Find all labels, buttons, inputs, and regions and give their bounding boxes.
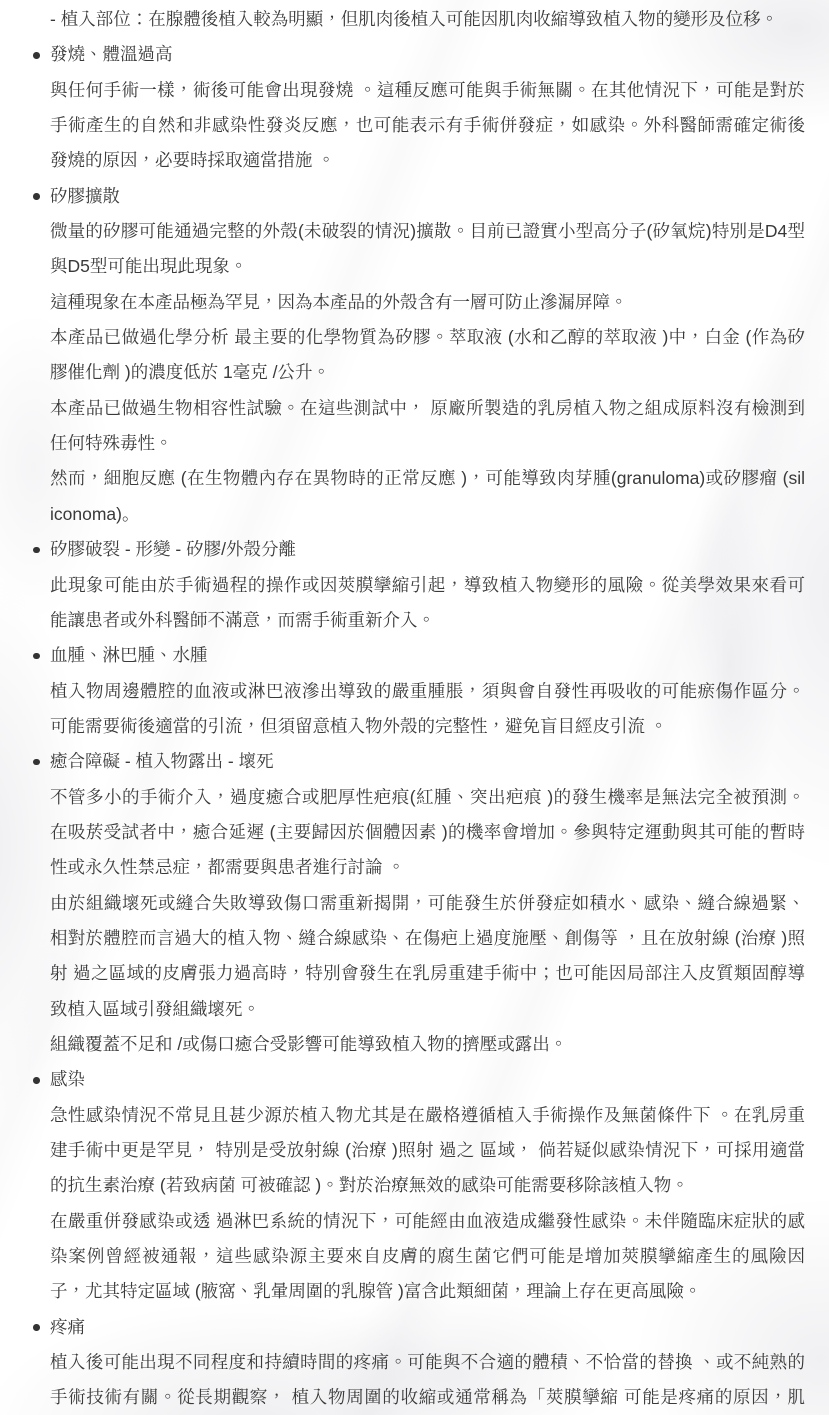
paragraph-line: 本產品已做過生物相容性試驗。在這些測試中， 原廠所製造的乳房植入物之組成原料沒有…	[50, 391, 805, 426]
text-line: 發燒的原因，必要時採取適當措施 。	[0, 143, 829, 178]
text-line: 建手術中更是罕見， 特別是受放射線 (治療 )照射 過之 區域， 倘若疑似感染情…	[0, 1133, 829, 1168]
paragraph-line: 子，尤其特定區域 (腋窩、乳暈周圍的乳腺管 )富含此類細菌，理論上存在更高風險。	[50, 1274, 805, 1309]
bullet-title: 矽膠擴散	[50, 179, 805, 214]
text-line: 這種現象在本產品極為罕見，因為本產品的外殼含有一層可防止滲漏屏障。	[0, 285, 829, 320]
text-line: 此現象可能由於手術過程的操作或因莢膜攣縮引起，導致植入物變形的風險。從美學效果來…	[0, 568, 829, 603]
bullet-title: 感染	[50, 1062, 805, 1097]
paragraph-line: 組織覆蓋不足和 /或傷口癒合受影響可能導致植入物的擠壓或露出。	[50, 1027, 805, 1062]
paragraph-line: 與任何手術一樣，術後可能會出現發燒 。這種反應可能與手術無關。在其他情況下，可能…	[50, 73, 805, 108]
text-line: 能讓患者或外科醫師不滿意，而需手術重新介入。	[0, 603, 829, 638]
paragraph-line: 發燒的原因，必要時採取適當措施 。	[50, 143, 805, 178]
bullet-item: 發燒、體溫過高	[0, 37, 829, 72]
text-line: 本產品已做過化學分析 最主要的化學物質為矽膠。萃取液 (水和乙醇的萃取液 )中，…	[0, 320, 829, 355]
bullet-item: 血腫、淋巴腫、水腫	[0, 638, 829, 673]
bullet-item: 癒合障礙 - 植入物露出 - 壞死	[0, 744, 829, 779]
paragraph-line: 染案例曾經被通報，這些感染源主要來自皮膚的腐生菌它們可能是增加莢膜攣縮產生的風險…	[50, 1239, 805, 1274]
paragraph-line: - 植入部位：在腺體後植入較為明顯，但肌肉後植入可能因肌肉收縮導致植入物的變形及…	[50, 2, 805, 37]
text-line: 膠催化劑 )的濃度低於 1毫克 /公升。	[0, 355, 829, 390]
paragraph-line: 相對於體腔而言過大的植入物、縫合線感染、在傷疤上過度施壓、創傷等 ，且在放射線 …	[50, 921, 805, 956]
paragraph-line: 微量的矽膠可能通過完整的外殼(未破裂的情況)擴散。目前已證實小型高分子(矽氧烷)…	[50, 214, 805, 249]
paragraph-line: 建手術中更是罕見， 特別是受放射線 (治療 )照射 過之 區域， 倘若疑似感染情…	[50, 1133, 805, 1168]
bullet-item: 感染	[0, 1062, 829, 1097]
paragraph-line: 由於組織壞死或縫合失敗導致傷口需重新揭開，可能發生於併發症如積水、感染、縫合線過…	[50, 886, 805, 921]
text-line: 微量的矽膠可能通過完整的外殼(未破裂的情況)擴散。目前已證實小型高分子(矽氧烷)…	[0, 214, 829, 249]
text-line: 手術產生的自然和非感染性發炎反應，也可能表示有手術併發症，如感染。外科醫師需確定…	[0, 108, 829, 143]
paragraph-line: 膠催化劑 )的濃度低於 1毫克 /公升。	[50, 355, 805, 390]
paragraph-line: 此現象可能由於手術過程的操作或因莢膜攣縮引起，導致植入物變形的風險。從美學效果來…	[50, 568, 805, 603]
bullet-title: 疼痛	[50, 1310, 805, 1345]
paragraph-line: 的抗生素治療 (若致病菌 可被確認 )。對於治療無效的感染可能需要移除該植入物。	[50, 1168, 805, 1203]
text-line: 與D5型可能出現此現象。	[0, 249, 829, 284]
paragraph-line: 這種現象在本產品極為罕見，因為本產品的外殼含有一層可防止滲漏屏障。	[50, 285, 805, 320]
text-line: 植入後可能出現不同程度和持續時間的疼痛。可能與不合適的體積、不恰當的替換 、或不…	[0, 1345, 829, 1380]
bullet-icon	[33, 193, 40, 200]
text-line: 性或永久性禁忌症，都需要與患者進行討論 。	[0, 850, 829, 885]
text-line: 急性感染情況不常見且甚少源於植入物尤其是在嚴格遵循植入手術操作及無菌條件下 。在…	[0, 1098, 829, 1133]
text-line: 任何特殊毒性。	[0, 426, 829, 461]
paragraph-line: 在嚴重併發感染或透 過淋巴系統的情況下，可能經由血液造成繼發性感染。未伴隨臨床症…	[50, 1204, 805, 1239]
paragraph-line: 性或永久性禁忌症，都需要與患者進行討論 。	[50, 850, 805, 885]
text-line: 可能需要術後適當的引流，但須留意植入物外殼的完整性，避免盲目經皮引流 。	[0, 709, 829, 744]
bullet-item: 矽膠破裂 - 形變 - 矽膠/外殼分離	[0, 532, 829, 567]
paragraph-line: 植入後可能出現不同程度和持續時間的疼痛。可能與不合適的體積、不恰當的替換 、或不…	[50, 1345, 805, 1380]
text-line: 在嚴重併發感染或透 過淋巴系統的情況下，可能經由血液造成繼發性感染。未伴隨臨床症…	[0, 1204, 829, 1239]
bullet-title: 血腫、淋巴腫、水腫	[50, 638, 805, 673]
text-line: 由於組織壞死或縫合失敗導致傷口需重新揭開，可能發生於併發症如積水、感染、縫合線過…	[0, 886, 829, 921]
paragraph-line: 不管多小的手術介入，過度癒合或肥厚性疤痕(紅腫、突出疤痕 )的發生機率是無法完全…	[50, 780, 805, 815]
text-line: 在吸菸受試者中，癒合延遲 (主要歸因於個體因素 )的機率會增加。參與特定運動與其…	[0, 815, 829, 850]
text-line: 手術技術有關。從長期觀察， 植入物周圍的收縮或通常稱為「莢膜攣縮 可能是疼痛的原…	[0, 1380, 829, 1415]
paragraph-line: iconoma)。	[50, 497, 805, 532]
text-line: 射 過之區域的皮膚張力過高時，特別會發生在乳房重建手術中；也可能因局部注入皮質類…	[0, 956, 829, 991]
text-line: 植入物周邊體腔的血液或淋巴液滲出導致的嚴重腫脹，須與會自發性再吸收的可能瘀傷作區…	[0, 674, 829, 709]
paragraph-line: 然而，細胞反應 (在生物體內存在異物時的正常反應 )，可能導致肉芽腫(granu…	[50, 461, 805, 496]
text-line: 致植入區域引發組織壞死。	[0, 992, 829, 1027]
text-line: - 植入部位：在腺體後植入較為明顯，但肌肉後植入可能因肌肉收縮導致植入物的變形及…	[0, 2, 829, 37]
document-page: { "style": { "text_color": "#3a3a3a", "b…	[0, 0, 829, 1415]
bullet-icon	[33, 547, 40, 554]
text-line: 染案例曾經被通報，這些感染源主要來自皮膚的腐生菌它們可能是增加莢膜攣縮產生的風險…	[0, 1239, 829, 1274]
paragraph-line: 任何特殊毒性。	[50, 426, 805, 461]
paragraph-line: 可能需要術後適當的引流，但須留意植入物外殼的完整性，避免盲目經皮引流 。	[50, 709, 805, 744]
document-content: - 植入部位：在腺體後植入較為明顯，但肌肉後植入可能因肌肉收縮導致植入物的變形及…	[0, 2, 829, 1415]
paragraph-line: 在吸菸受試者中，癒合延遲 (主要歸因於個體因素 )的機率會增加。參與特定運動與其…	[50, 815, 805, 850]
text-line: 組織覆蓋不足和 /或傷口癒合受影響可能導致植入物的擠壓或露出。	[0, 1027, 829, 1062]
text-line: 不管多小的手術介入，過度癒合或肥厚性疤痕(紅腫、突出疤痕 )的發生機率是無法完全…	[0, 780, 829, 815]
text-line: 的抗生素治療 (若致病菌 可被確認 )。對於治療無效的感染可能需要移除該植入物。	[0, 1168, 829, 1203]
text-line: 子，尤其特定區域 (腋窩、乳暈周圍的乳腺管 )富含此類細菌，理論上存在更高風險。	[0, 1274, 829, 1309]
bullet-icon	[33, 653, 40, 660]
bullet-icon	[33, 1077, 40, 1084]
bullet-item: 疼痛	[0, 1310, 829, 1345]
paragraph-line: 射 過之區域的皮膚張力過高時，特別會發生在乳房重建手術中；也可能因局部注入皮質類…	[50, 956, 805, 991]
bullet-item: 矽膠擴散	[0, 179, 829, 214]
bullet-icon	[33, 1324, 40, 1331]
paragraph-line: 致植入區域引發組織壞死。	[50, 992, 805, 1027]
paragraph-line: 本產品已做過化學分析 最主要的化學物質為矽膠。萃取液 (水和乙醇的萃取液 )中，…	[50, 320, 805, 355]
paragraph-line: 能讓患者或外科醫師不滿意，而需手術重新介入。	[50, 603, 805, 638]
text-line: 然而，細胞反應 (在生物體內存在異物時的正常反應 )，可能導致肉芽腫(granu…	[0, 461, 829, 496]
text-line: 與任何手術一樣，術後可能會出現發燒 。這種反應可能與手術無關。在其他情況下，可能…	[0, 73, 829, 108]
paragraph-line: 手術產生的自然和非感染性發炎反應，也可能表示有手術併發症，如感染。外科醫師需確定…	[50, 108, 805, 143]
text-line: 相對於體腔而言過大的植入物、縫合線感染、在傷疤上過度施壓、創傷等 ，且在放射線 …	[0, 921, 829, 956]
bullet-title: 發燒、體溫過高	[50, 37, 805, 72]
text-line: iconoma)。	[0, 497, 829, 532]
text-line: 本產品已做過生物相容性試驗。在這些測試中， 原廠所製造的乳房植入物之組成原料沒有…	[0, 391, 829, 426]
paragraph-line: 急性感染情況不常見且甚少源於植入物尤其是在嚴格遵循植入手術操作及無菌條件下 。在…	[50, 1098, 805, 1133]
paragraph-line: 手術技術有關。從長期觀察， 植入物周圍的收縮或通常稱為「莢膜攣縮 可能是疼痛的原…	[50, 1380, 805, 1415]
bullet-title: 矽膠破裂 - 形變 - 矽膠/外殼分離	[50, 532, 805, 567]
bullet-icon	[33, 759, 40, 766]
bullet-title: 癒合障礙 - 植入物露出 - 壞死	[50, 744, 805, 779]
paragraph-line: 植入物周邊體腔的血液或淋巴液滲出導致的嚴重腫脹，須與會自發性再吸收的可能瘀傷作區…	[50, 674, 805, 709]
bullet-icon	[33, 52, 40, 59]
paragraph-line: 與D5型可能出現此現象。	[50, 249, 805, 284]
